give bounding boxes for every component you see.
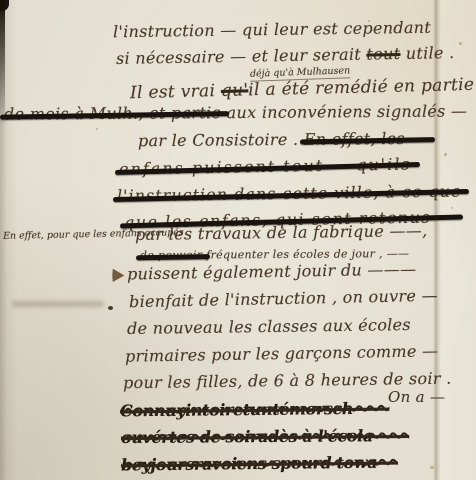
crossed-out-text: de pouvoir [140,249,203,262]
ink-dot [108,306,113,310]
illegible-scribble: ouvértes de soiradès à l'écola —— [121,426,409,447]
illegible-scribble: beyjoursravoiens spourd towa — [121,453,398,475]
struck-word: qu' [221,80,249,101]
line-text: aux inconvéniens signalés — [221,101,467,122]
crossed-out-text: de mois à Mulh., et partie [4,103,221,124]
fox-spot [444,153,447,156]
line-text: l'instruction — qui leur est cependant [113,18,431,41]
crossed-out-line: enfans puissent tout — qu'ils [119,154,412,178]
manuscript-line: Il est vrai qu'il a été remédié en parti… [130,75,475,103]
crossed-out-line: l'instruction dans cette ville, à ce que [117,182,462,206]
struck-word: tout [366,44,400,64]
ink-mark [110,269,126,285]
fox-spot [459,42,462,45]
line-text: utile . [400,43,454,63]
crossed-out-line: ouvértes de soiradès à l'écola —— [121,426,409,447]
manuscript-line: l'instruction — qui leur est cependant [113,18,431,41]
crossed-out-line: Connuyintoiretuntémorsch —— [120,399,390,421]
line-text: de nouveau les classes aux écoles [127,315,411,338]
manuscript-line: bienfait de l'instruction , on ouvre — [129,286,438,311]
line-text: puissent également jouir du ——— [127,259,417,283]
line-text: primaires pour les garçons comme — [125,341,439,365]
fox-spot [430,466,434,469]
line-text: il a été remédié en partie [248,75,474,101]
line-text: bienfait de l'instruction , on ouvre — [129,286,438,311]
manuscript-line: par les travaux de la fabrique ——, [135,221,428,244]
ink-smudge [12,301,104,307]
line-text: On a — [388,388,445,406]
crossed-out-line: beyjoursravoiens spourd towa — [121,453,398,475]
manuscript-page: l'instruction — qui leur est cependant s… [0,0,476,480]
line-text: par le Consistoire . [138,130,304,150]
crossed-out-text: l'instruction dans cette ville, à ce que [117,182,462,206]
fox-spot [96,128,98,130]
illegible-scribble: Connuyintoiretuntémorsch —— [120,399,390,421]
line-text: par les travaux de la fabrique ——, [135,221,428,244]
crossed-out-text: enfans puissent tout — qu'ils [119,154,412,178]
manuscript-line: primaires pour les garçons comme — [125,341,439,365]
manuscript-line: puissent également jouir du ——— [127,259,417,283]
manuscript-line: par le Consistoire . En effet, les — [138,129,427,151]
crossed-out-text: En effet, les — [304,129,427,149]
manuscript-line: de mois à Mulh., et partie aux inconvéni… [4,101,467,123]
manuscript-line: On a — [388,388,445,406]
manuscript-line: de nouveau les classes aux écoles [127,315,411,338]
line-text: si nécessaire — et leur serait [116,45,367,68]
line-text: Il est vrai [130,81,221,103]
manuscript-line: si nécessaire — et leur serait tout util… [116,43,455,68]
